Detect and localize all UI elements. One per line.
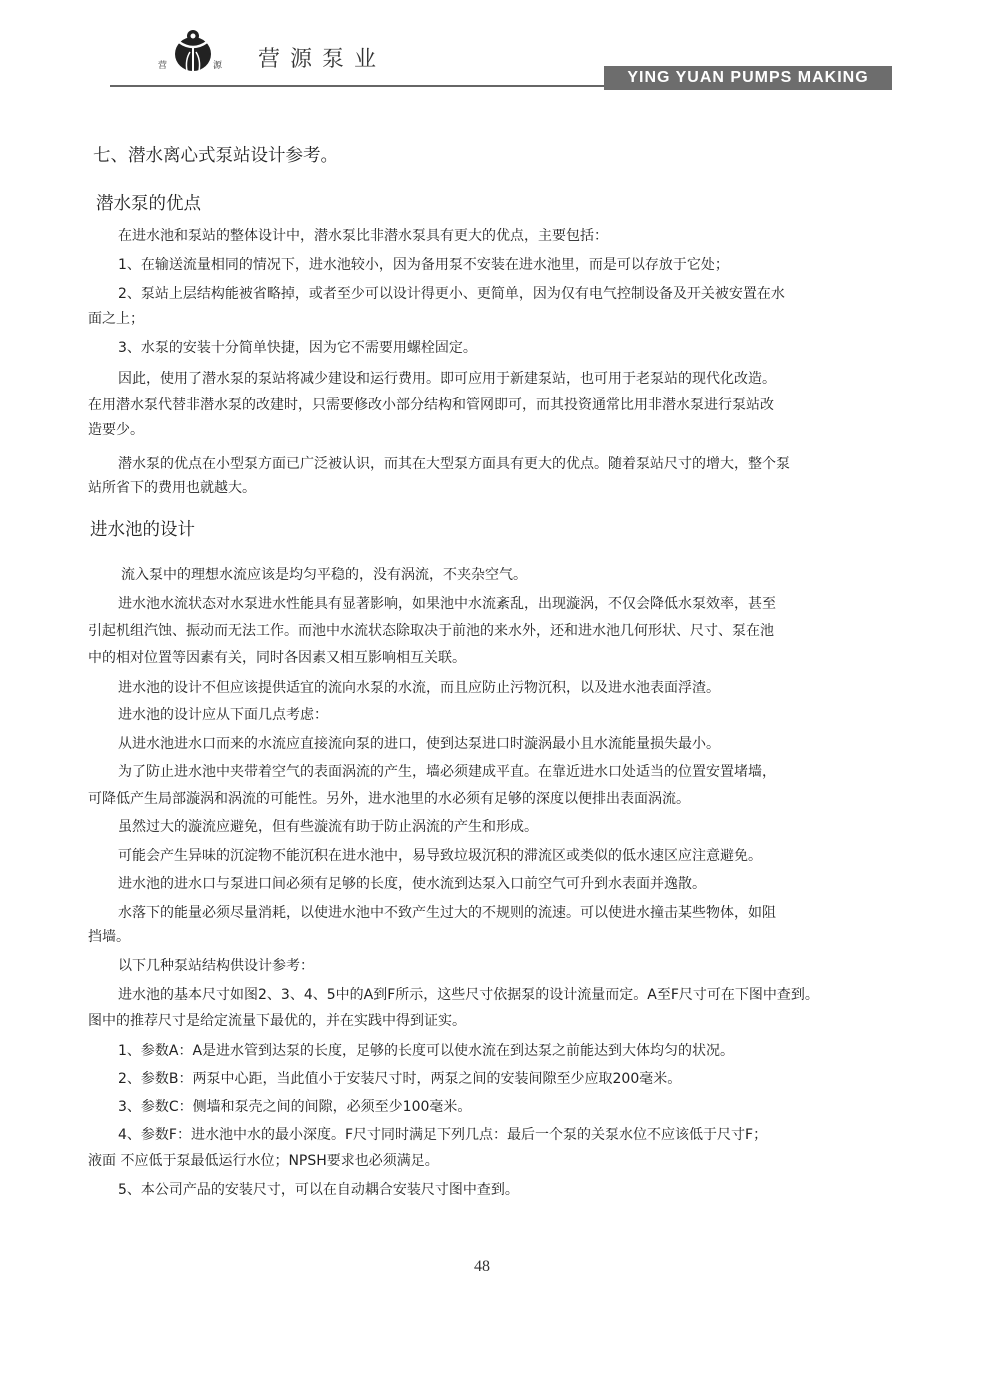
header-banner: YING YUAN PUMPS MAKING — [604, 66, 892, 90]
paragraph-line: 图中的推荐尺寸是给定流量下最优的，并在实践中得到证实。 — [88, 1007, 466, 1036]
paragraph-line: 1、在输送流量相同的情况下，进水池较小，因为备用泵不安装在进水池里，而是可以存放… — [118, 251, 729, 280]
paragraph-line: 虽然过大的漩流应避免，但有些漩流有助于防止涡流的产生和形成。 — [118, 813, 538, 842]
page-header: 营 源 营源泵业 YING YUAN PUMPS MAKING — [0, 0, 1000, 100]
paragraph-line: 站所省下的费用也就越大。 — [88, 474, 256, 503]
company-name: 营源泵业 — [258, 42, 386, 73]
paragraph-line: 进水池的进水口与泵进口间必须有足够的长度，使水流到达泵入口前空气可升到水表面并逸… — [118, 870, 706, 899]
paragraph-line: 4、参数F：进水池中水的最小深度。F尺寸同时满足下列几点：最后一个泵的关泵水位不… — [118, 1121, 767, 1150]
paragraph-line: 流入泵中的理想水流应该是均匀平稳的，没有涡流，不夹杂空气。 — [121, 561, 527, 590]
paragraph-line: 面之上； — [88, 305, 144, 334]
paragraph-line: 2、参数B：两泵中心距，当此值小于安装尺寸时，两泵之间的安装间隙至少应取200毫… — [118, 1065, 681, 1094]
paragraph-line: 进水池水流状态对水泵进水性能具有显著影响，如果池中水流紊乱，出现漩涡，不仅会降低… — [118, 590, 776, 619]
logo-right-char: 源 — [213, 58, 222, 71]
paragraph-line: 液面 不应低于泵最低运行水位；NPSH要求也必须满足。 — [88, 1147, 439, 1176]
section-title: 七、潜水离心式泵站设计参考。 — [93, 142, 338, 167]
paragraph-line: 进水池的设计应从下面几点考虑： — [118, 701, 328, 730]
paragraph-line: 中的相对位置等因素有关，同时各因素又相互影响相互关联。 — [88, 644, 466, 673]
header-rule — [110, 85, 604, 87]
advantages-heading: 潜水泵的优点 — [96, 190, 201, 215]
paragraph-line: 在进水池和泵站的整体设计中，潜水泵比非潜水泵具有更大的优点，主要包括： — [118, 222, 608, 251]
paragraph-line: 进水池的基本尺寸如图2、3、4、5中的A到F所示，这些尺寸依据泵的设计流量而定。… — [118, 981, 819, 1010]
paragraph-line: 可能会产生异味的沉淀物不能沉积在进水池中，易导致垃圾沉积的滞流区或类似的低水速区… — [118, 842, 762, 871]
paragraph-line: 5、本公司产品的安装尺寸，可以在自动耦合安装尺寸图中查到。 — [118, 1176, 519, 1205]
paragraph-line: 水落下的能量必须尽量消耗，以使进水池中不致产生过大的不规则的流速。可以使进水撞击… — [118, 899, 776, 928]
paragraph-line: 引起机组汽蚀、振动而无法工作。而池中水流状态除取决于前池的来水外，还和进水池几何… — [88, 617, 774, 646]
paragraph-line: 3、水泵的安装十分简单快捷，因为它不需要用螺栓固定。 — [118, 334, 477, 363]
page-number: 48 — [474, 1258, 490, 1276]
paragraph-line: 3、参数C：侧墙和泵壳之间的间隙，必须至少100毫米。 — [118, 1093, 471, 1122]
logo-left-char: 营 — [158, 58, 167, 71]
paragraph-line: 进水池的设计不但应该提供适宜的流向水泵的水流，而且应防止污物沉积，以及进水池表面… — [118, 674, 720, 703]
paragraph-line: 从进水池进水口而来的水流应直接流向泵的进口，使到达泵进口时漩涡最小且水流能量损失… — [118, 730, 720, 759]
paragraph-line: 挡墙。 — [88, 923, 130, 952]
paragraph-line: 1、参数A：A是进水管到达泵的长度，足够的长度可以使水流在到达泵之前能达到大体均… — [118, 1037, 734, 1066]
paragraph-line: 为了防止进水池中夹带着空气的表面涡流的产生，墙必须建成平直。在靠近进水口处适当的… — [118, 758, 776, 787]
paragraph-line: 可降低产生局部漩涡和涡流的可能性。另外，进水池里的水必须有足够的深度以便排出表面… — [88, 785, 690, 814]
sump-design-heading: 进水池的设计 — [90, 516, 195, 541]
paragraph-line: 因此，使用了潜水泵的泵站将减少建设和运行费用。即可应用于新建泵站，也可用于老泵站… — [118, 365, 776, 394]
paragraph-line: 2、泵站上层结构能被省略掉，或者至少可以设计得更小、更简单，因为仅有电气控制设备… — [118, 280, 785, 309]
paragraph-line: 在用潜水泵代替非潜水泵的改建时，只需要修改小部分结构和管网即可，而其投资通常比用… — [88, 391, 774, 420]
company-logo: 营 源 — [158, 30, 228, 75]
paragraph-line: 以下几种泵站结构供设计参考： — [118, 952, 314, 981]
paragraph-line: 造要少。 — [88, 416, 144, 445]
leaf-logo-icon — [173, 30, 213, 72]
